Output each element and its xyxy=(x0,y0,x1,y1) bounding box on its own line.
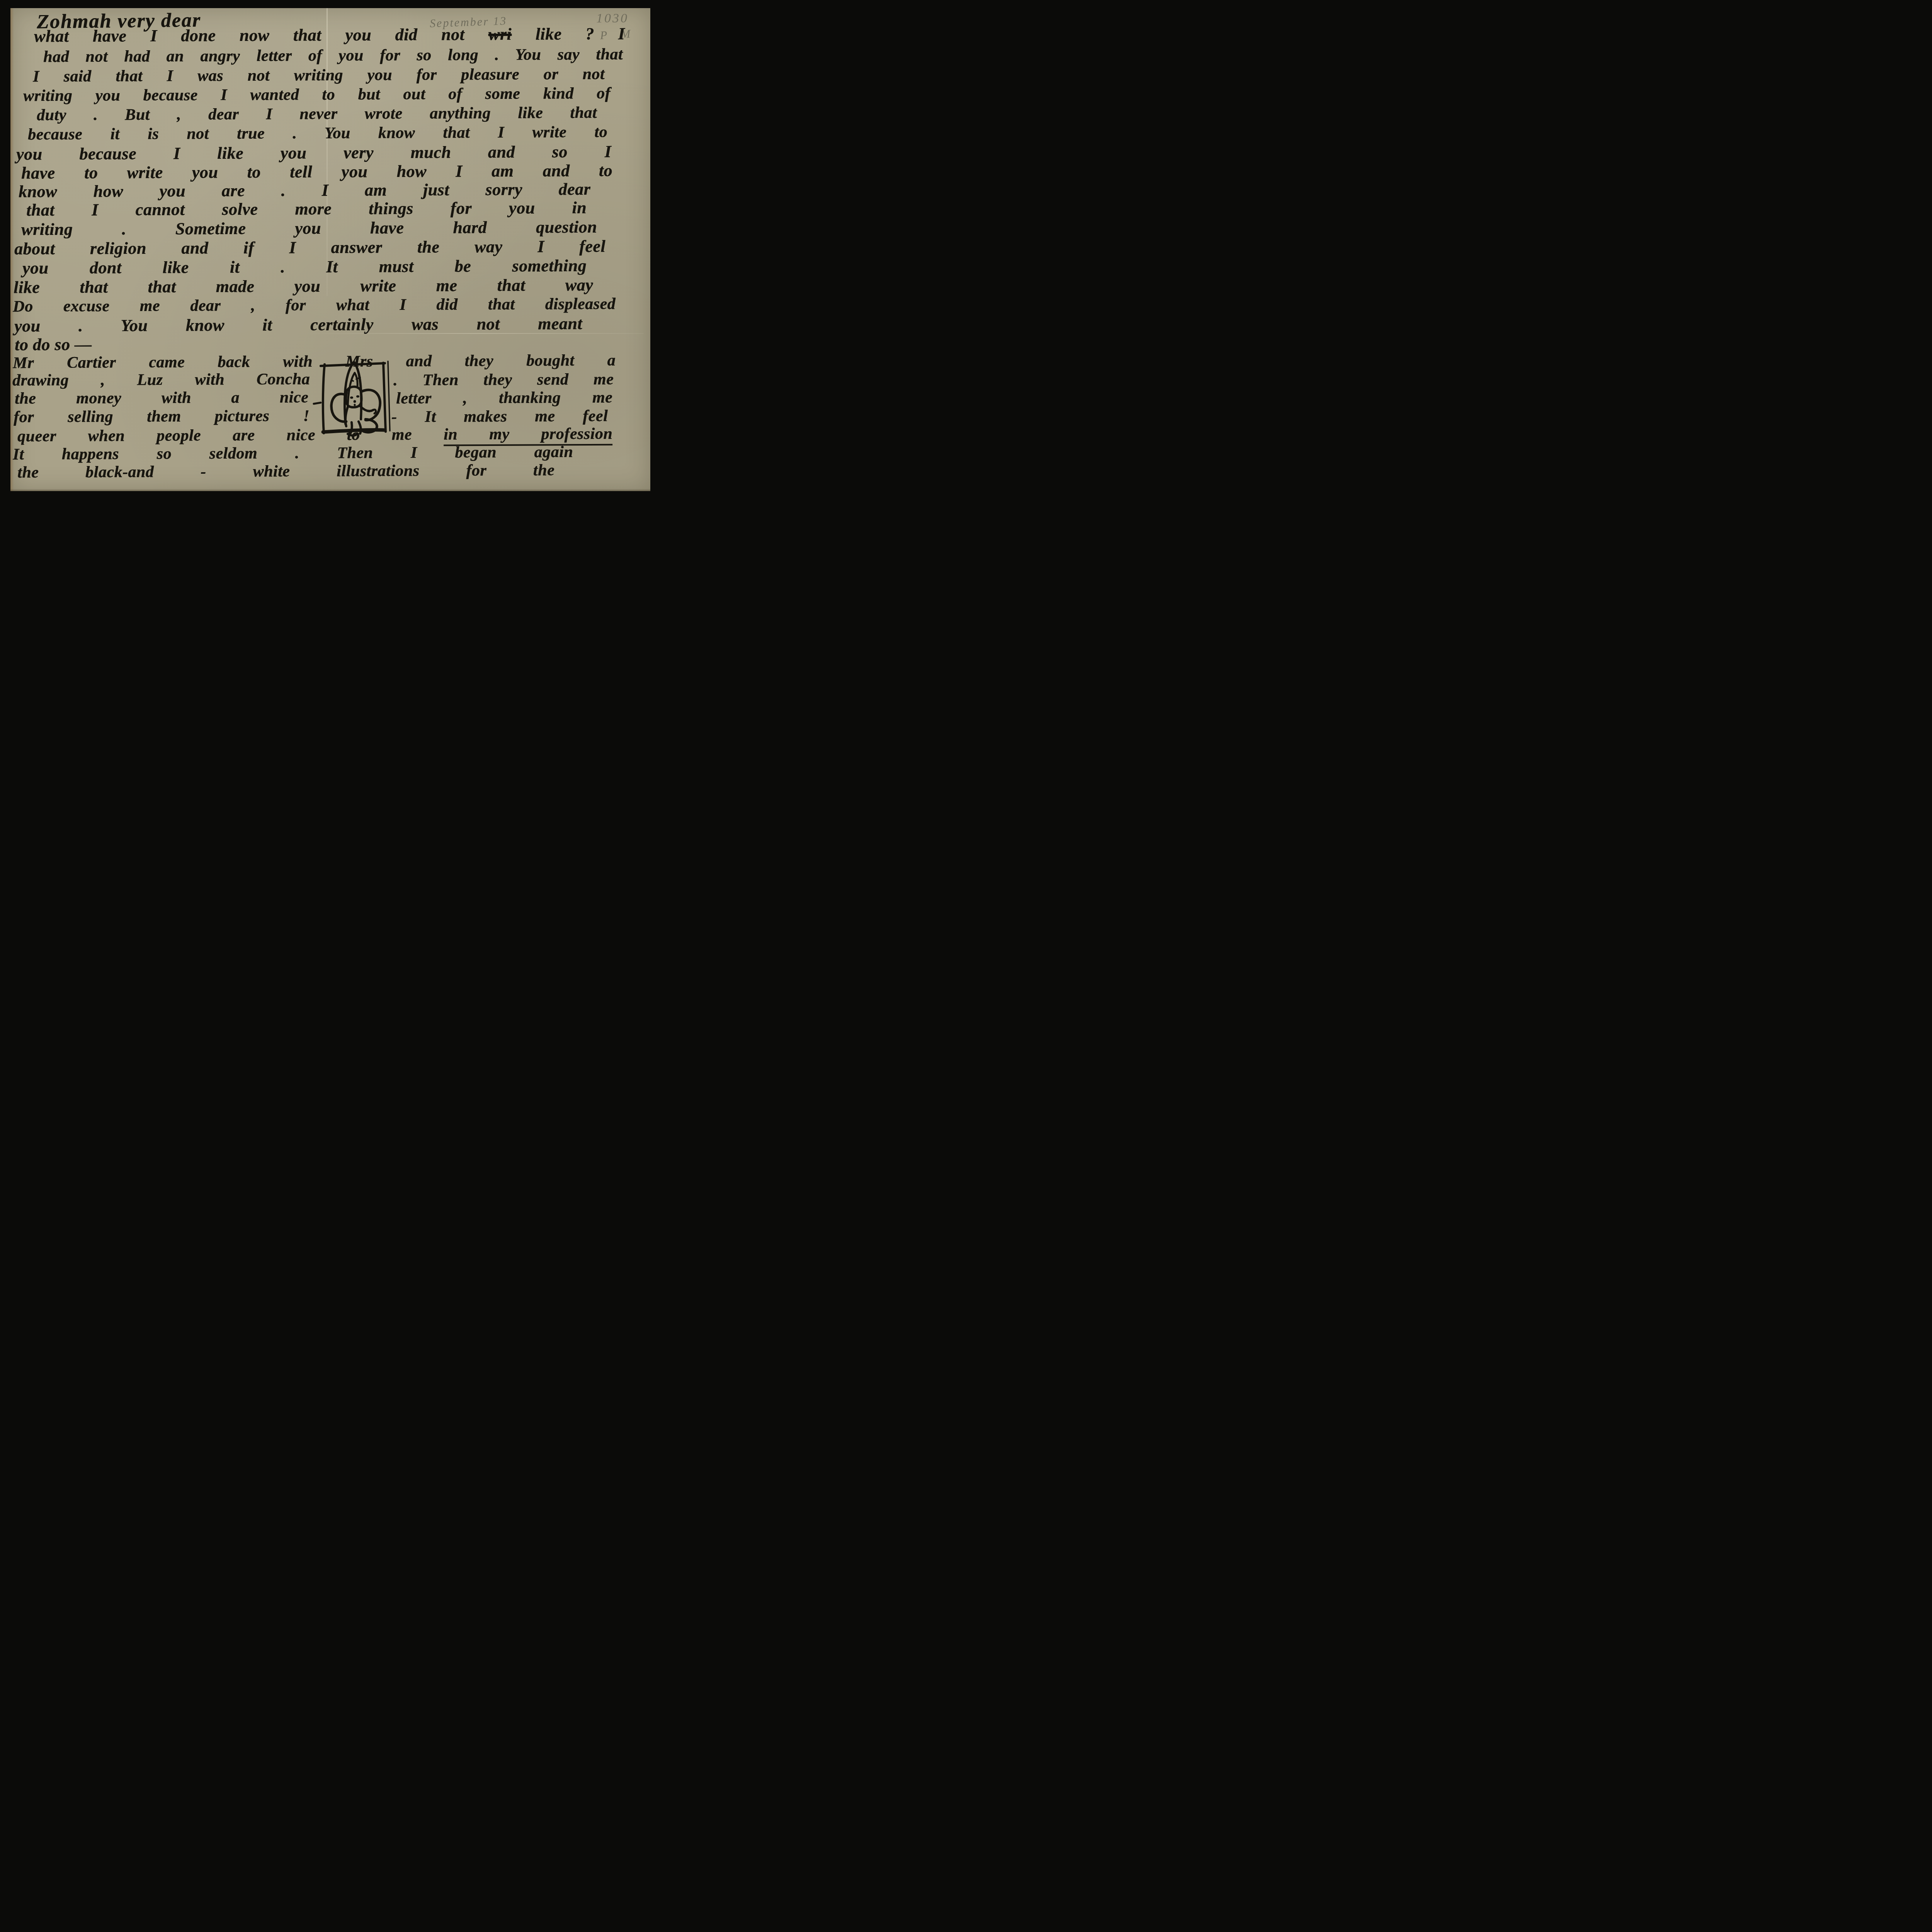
letter-line: queer when people are nice to me in my p… xyxy=(17,426,612,445)
crossed-out-word: wri xyxy=(488,25,512,44)
letter-line: know how you are . I am just sorry dear xyxy=(19,181,590,200)
letter-line: for selling them pictures ! xyxy=(14,408,310,425)
letter-line: you because I like you very much and so … xyxy=(16,143,611,163)
letter-line: to do so — xyxy=(15,335,285,353)
letter-line: the money with a nice xyxy=(15,389,308,406)
letter-line: Do excuse me dear , for what I did that … xyxy=(13,296,616,315)
letter-line: the black-and - white illustrations for … xyxy=(17,462,554,481)
letter-line: drawing , Luz with Concha xyxy=(12,371,310,388)
sketch-woman-holding-child xyxy=(319,357,391,438)
letter-line: have to write you to tell you how I am a… xyxy=(21,162,612,182)
letter-line: about religion and if I answer the way I… xyxy=(14,238,605,258)
letter-line: that I cannot solve more things for you … xyxy=(26,199,587,219)
underlined-phrase: in my profession xyxy=(444,425,612,446)
pencil-time-annotation: 1030 xyxy=(596,11,629,26)
letter-line: you . You know it certainly was not mean… xyxy=(14,315,582,335)
letter-page: Zohmah very dear September 13 1030 P M w… xyxy=(10,8,650,491)
letter-line: It happens so seldom . Then I began agai… xyxy=(13,444,573,463)
letter-line: duty . But , dear I never wrote anything… xyxy=(37,105,597,123)
letter-line: . Then they send me xyxy=(393,371,614,388)
letter-line: writing . Sometime you have hard questio… xyxy=(21,219,597,238)
letter-line: because it is not true . You know that I… xyxy=(28,124,607,143)
letter-line: writing you because I wanted to but out … xyxy=(23,85,611,104)
letter-line: Mr Cartier came back with Mrs and they b… xyxy=(13,352,616,371)
letter-line: what have I done now that you did not wr… xyxy=(34,26,625,45)
letter-line: like that that made you write me that wa… xyxy=(14,277,593,296)
letter-line: you dont like it . It must be something xyxy=(22,257,587,277)
letter-line: had not had an angry letter of you for s… xyxy=(43,46,623,65)
letter-line: letter , thanking me xyxy=(396,389,612,406)
letter-line: - It makes me feel xyxy=(391,408,608,425)
letter-line: I said that I was not writing you for pl… xyxy=(33,66,605,85)
letter-scan-background: Zohmah very dear September 13 1030 P M w… xyxy=(0,0,657,512)
